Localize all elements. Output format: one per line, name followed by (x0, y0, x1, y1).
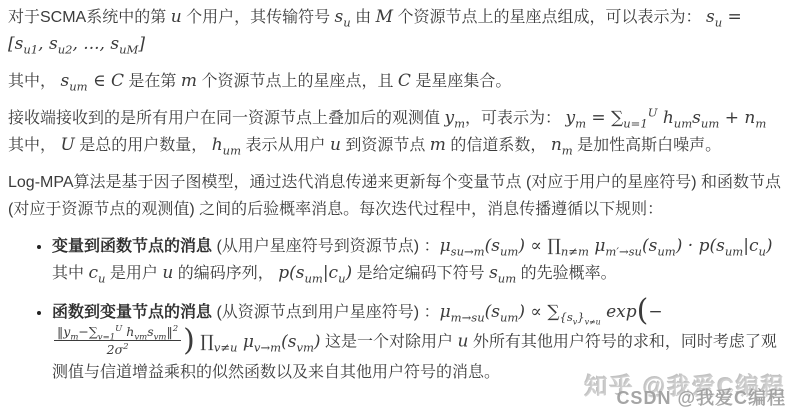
text-run: 个资源节点上的星座点组成，可以表示为： (393, 9, 706, 26)
text-run: 的先验概率。 (516, 265, 616, 282)
text-run: 是在第 (124, 73, 181, 90)
math-formula: ∏v≠u μv→m(svm) (195, 332, 321, 352)
math-formula: u (457, 332, 468, 352)
text-run: 是加性高斯白噪声。 (573, 137, 721, 154)
open-paren: ( (637, 293, 649, 328)
text-run: 由 (351, 9, 376, 26)
text-run: 个资源节点上的星座点，且 (197, 73, 398, 90)
math-formula: hum (212, 135, 241, 155)
math-formula: cu (88, 263, 105, 283)
text-run: 到资源节点 (341, 137, 430, 154)
math-formula: ym = ∑u=1U humsum + nm (565, 108, 766, 128)
math-formula: C (398, 71, 411, 91)
math-formula: M (376, 7, 393, 27)
math-formula: m (181, 71, 197, 91)
text-run: (从用户星座符号到资源节点) ： (212, 238, 440, 255)
fraction-denominator: 2σ2 (54, 341, 181, 357)
fraction-numerator: ‖ym−∑v=1U hvmsvm‖2 (54, 324, 181, 341)
text-run: 其中， (8, 137, 60, 154)
paragraph: 其中， sum ∈ C 是在第 m 个资源节点上的星座点，且 C 是星座集合。 (8, 68, 782, 95)
math-formula: nm (551, 135, 573, 155)
math-formula: m (430, 135, 446, 155)
math-formula: μsu→m(sum) ∝ ∏n≠m μm′→su(sum) · p(sum|cu… (440, 236, 773, 256)
math-formula: ym (444, 108, 465, 128)
paragraph: 对于SCMA系统中的第 u 个用户，其传输符号 su 由 M 个资源节点上的星座… (8, 4, 782, 58)
text-run: 其中， (8, 73, 60, 90)
math-formula: su (335, 7, 351, 27)
text-run: 接收端接收到的是所有用户在同一资源节点上叠加后的观测值 (8, 110, 444, 127)
paragraph: 接收端接收到的是所有用户在同一资源节点上叠加后的观测值 ym，可表示为： ym … (8, 105, 782, 159)
math-formula: μm→su(sum) ∝ ∑{sv}v≠u exp (440, 302, 637, 322)
fraction: ‖ym−∑v=1U hvmsvm‖22σ2 (54, 324, 181, 357)
paragraph: Log-MPA算法是基于因子图模型，通过迭代消息传递来更新每个变量节点 (对应于… (8, 169, 782, 223)
bullet-lead: 函数到变量节点的消息 (52, 304, 212, 321)
watermark-csdn: CSDN @我爱C编程 (585, 389, 786, 408)
text-run: 这是一个对除用户 (321, 334, 458, 351)
text-run: (从资源节点到用户星座符号) ： (212, 304, 440, 321)
math-formula: sum ∈ C (60, 71, 124, 91)
text-run: 是用户 (105, 265, 162, 282)
document-body: 对于SCMA系统中的第 u 个用户，其传输符号 su 由 M 个资源节点上的星座… (0, 0, 790, 386)
close-paren: ) (183, 323, 195, 358)
bullet-lead: 变量到函数节点的消息 (52, 238, 212, 255)
text-run: 个用户，其传输符号 (182, 9, 335, 26)
math-formula: U (60, 135, 74, 155)
text-run: 对于SCMA系统中的第 (8, 9, 171, 26)
text-run: 是总的用户数量， (75, 137, 212, 154)
list-item: 函数到变量节点的消息 (从资源节点到用户星座符号) ：μm→su(sum) ∝ … (52, 299, 782, 386)
math-formula: u (330, 135, 341, 155)
text-run: 是星座集合。 (411, 73, 511, 90)
minus-sign: − (648, 302, 662, 322)
text-run: Log-MPA算法是基于因子图模型，通过迭代消息传递来更新每个变量节点 (对应于… (8, 174, 781, 218)
math-formula: u (162, 263, 173, 283)
math-formula: sum (489, 263, 516, 283)
text-run: 是给定编码下符号 (352, 265, 489, 282)
text-run: 的编码序列， (173, 265, 278, 282)
list-item: 变量到函数节点的消息 (从用户星座符号到资源节点) ：μsu→m(sum) ∝ … (52, 233, 782, 287)
text-run: 表示从用户 (241, 137, 330, 154)
bullet-list: 变量到函数节点的消息 (从用户星座符号到资源节点) ：μsu→m(sum) ∝ … (8, 233, 782, 386)
math-formula: u (171, 7, 182, 27)
text-run: 的信道系数， (446, 137, 551, 154)
math-formula: p(sum|cu) (278, 263, 352, 283)
text-run: 其中 (52, 265, 88, 282)
text-run: ，可表示为： (465, 110, 565, 127)
